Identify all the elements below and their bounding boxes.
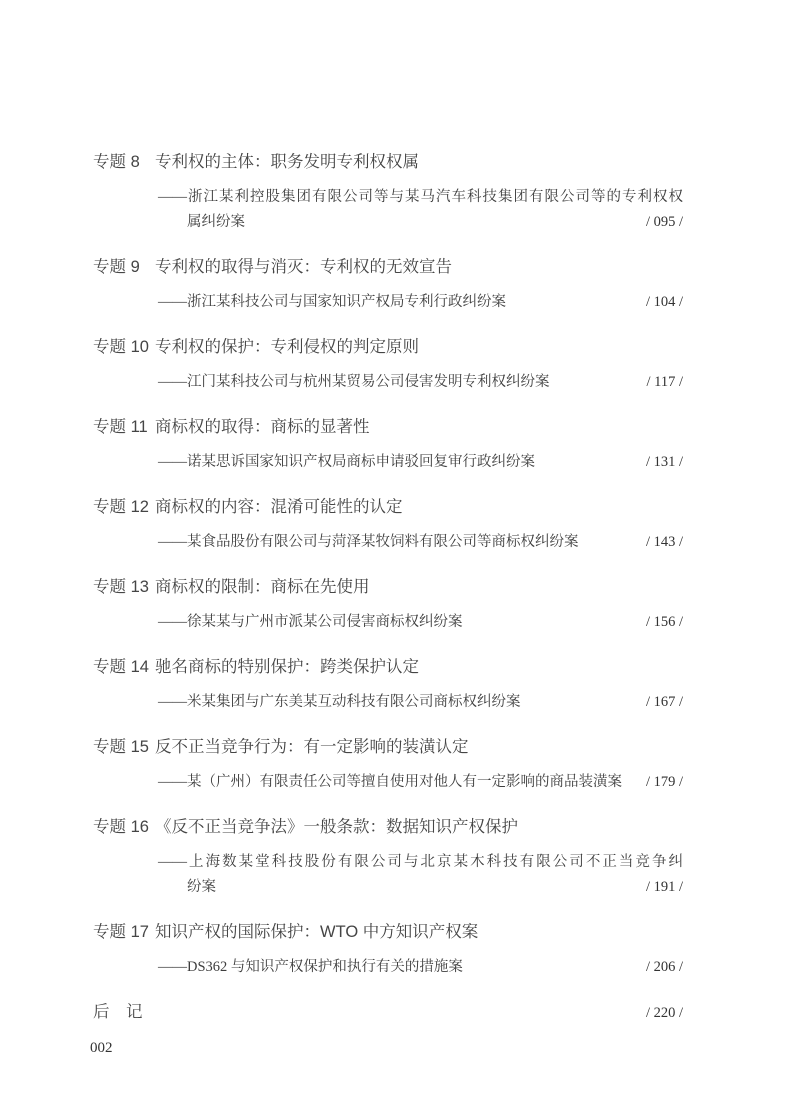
toc-entry: 专题 10 专利权的保护：专利侵权的判定原则 ——江门某科技公司与杭州某贸易公司… xyxy=(93,336,683,395)
toc-entry: 专题 15 反不正当竞争行为：有一定影响的装潢认定 ——某（广州）有限责任公司等… xyxy=(93,736,683,795)
entry-title: 商标权的限制：商标在先使用 xyxy=(155,576,683,598)
entry-case: ——诺某思诉国家知识产权局商标申请驳回复审行政纠纷案 / 131 / xyxy=(93,450,683,475)
entry-case-line: ——诺某思诉国家知识产权局商标申请驳回复审行政纠纷案 xyxy=(158,450,535,475)
entry-case-row: ——DS362 与知识产权保护和执行有关的措施案 / 206 / xyxy=(158,955,683,980)
entry-heading: 专题 8 专利权的主体：职务发明专利权权属 xyxy=(93,151,683,173)
entry-page-ref: / 191 / xyxy=(646,875,683,900)
entry-case-line: ——某（广州）有限责任公司等擅自使用对他人有一定影响的商品装潢案 xyxy=(158,770,622,795)
entry-page-ref: / 095 / xyxy=(646,210,683,235)
entry-page-ref: / 179 / xyxy=(646,770,683,795)
entry-label: 专题 16 xyxy=(93,816,155,838)
entry-heading: 专题 16 《反不正当竞争法》一般条款：数据知识产权保护 xyxy=(93,816,683,838)
entry-heading: 专题 9 专利权的取得与消灭：专利权的无效宣告 xyxy=(93,256,683,278)
entry-page-ref: / 131 / xyxy=(646,450,683,475)
afterword-page-ref: / 220 / xyxy=(646,1002,683,1024)
entry-case-row: ——某（广州）有限责任公司等擅自使用对他人有一定影响的商品装潢案 / 179 / xyxy=(158,770,683,795)
entry-title: 驰名商标的特别保护：跨类保护认定 xyxy=(155,656,683,678)
entry-heading: 专题 13 商标权的限制：商标在先使用 xyxy=(93,576,683,598)
entry-label: 专题 15 xyxy=(93,736,155,758)
afterword-row: 后 记 / 220 / xyxy=(93,1001,683,1024)
afterword-label: 后 记 xyxy=(93,1001,143,1023)
entry-page-ref: / 104 / xyxy=(646,290,683,315)
entry-label: 专题 10 xyxy=(93,336,155,358)
entry-title: 《反不正当竞争法》一般条款：数据知识产权保护 xyxy=(155,816,683,838)
toc-entry: 专题 17 知识产权的国际保护：WTO 中方知识产权案 ——DS362 与知识产… xyxy=(93,921,683,980)
entry-case-row: ——徐某某与广州市派某公司侵害商标权纠纷案 / 156 / xyxy=(158,610,683,635)
entry-case-line: ——某食品股份有限公司与菏泽某牧饲料有限公司等商标权纠纷案 xyxy=(158,530,579,555)
entry-case-line: ——DS362 与知识产权保护和执行有关的措施案 xyxy=(158,955,463,980)
entry-title: 反不正当竞争行为：有一定影响的装潢认定 xyxy=(155,736,683,758)
entry-case-row: ——诺某思诉国家知识产权局商标申请驳回复审行政纠纷案 / 131 / xyxy=(158,450,683,475)
entry-case-continuation: 纷案 xyxy=(158,875,216,900)
entry-heading: 专题 15 反不正当竞争行为：有一定影响的装潢认定 xyxy=(93,736,683,758)
entry-case-line: ——浙江某科技公司与国家知识产权局专利行政纠纷案 xyxy=(158,290,506,315)
entry-heading: 专题 11 商标权的取得：商标的显著性 xyxy=(93,416,683,438)
toc-entry: 专题 14 驰名商标的特别保护：跨类保护认定 ——米某集团与广东美某互动科技有限… xyxy=(93,656,683,715)
table-of-contents: 专题 8 专利权的主体：职务发明专利权权属 ——浙江某利控股集团有限公司等与某马… xyxy=(93,151,683,1024)
entry-case: ——DS362 与知识产权保护和执行有关的措施案 / 206 / xyxy=(93,955,683,980)
entry-case: ——浙江某科技公司与国家知识产权局专利行政纠纷案 / 104 / xyxy=(93,290,683,315)
entry-title: 商标权的内容：混淆可能性的认定 xyxy=(155,496,683,518)
book-page: 专题 8 专利权的主体：职务发明专利权权属 ——浙江某利控股集团有限公司等与某马… xyxy=(0,0,799,1114)
entry-case-row: 纷案 / 191 / xyxy=(158,875,683,900)
entry-label: 专题 17 xyxy=(93,921,155,943)
entry-label: 专题 11 xyxy=(93,416,155,438)
entry-label: 专题 12 xyxy=(93,496,155,518)
entry-title: 专利权的取得与消灭：专利权的无效宣告 xyxy=(155,256,683,278)
entry-page-ref: / 156 / xyxy=(646,610,683,635)
page-number: 002 xyxy=(90,1040,113,1057)
entry-label: 专题 14 xyxy=(93,656,155,678)
toc-entry: 专题 12 商标权的内容：混淆可能性的认定 ——某食品股份有限公司与菏泽某牧饲料… xyxy=(93,496,683,555)
entry-heading: 专题 10 专利权的保护：专利侵权的判定原则 xyxy=(93,336,683,358)
entry-case: ——某食品股份有限公司与菏泽某牧饲料有限公司等商标权纠纷案 / 143 / xyxy=(93,530,683,555)
entry-label: 专题 13 xyxy=(93,576,155,598)
entry-case: ——江门某科技公司与杭州某贸易公司侵害发明专利权纠纷案 / 117 / xyxy=(93,370,683,395)
entry-page-ref: / 117 / xyxy=(646,370,683,395)
entry-case-row: ——某食品股份有限公司与菏泽某牧饲料有限公司等商标权纠纷案 / 143 / xyxy=(158,530,683,555)
entry-title: 专利权的保护：专利侵权的判定原则 xyxy=(155,336,683,358)
entry-case-row: 属纠纷案 / 095 / xyxy=(158,210,683,235)
entry-label: 专题 8 xyxy=(93,151,155,173)
entry-title: 商标权的取得：商标的显著性 xyxy=(155,416,683,438)
entry-case: ——米某集团与广东美某互动科技有限公司商标权纠纷案 / 167 / xyxy=(93,690,683,715)
entry-page-ref: / 206 / xyxy=(646,955,683,980)
entry-case-row: ——江门某科技公司与杭州某贸易公司侵害发明专利权纠纷案 / 117 / xyxy=(158,370,683,395)
entry-title: 专利权的主体：职务发明专利权权属 xyxy=(155,151,683,173)
entry-heading: 专题 12 商标权的内容：混淆可能性的认定 xyxy=(93,496,683,518)
entry-case: ——浙江某利控股集团有限公司等与某马汽车科技集团有限公司等的专利权权 属纠纷案 … xyxy=(93,185,683,235)
entry-heading: 专题 14 驰名商标的特别保护：跨类保护认定 xyxy=(93,656,683,678)
toc-entry: 专题 8 专利权的主体：职务发明专利权权属 ——浙江某利控股集团有限公司等与某马… xyxy=(93,151,683,235)
entry-page-ref: / 167 / xyxy=(646,690,683,715)
entry-case-row: ——浙江某科技公司与国家知识产权局专利行政纠纷案 / 104 / xyxy=(158,290,683,315)
entry-case: ——徐某某与广州市派某公司侵害商标权纠纷案 / 156 / xyxy=(93,610,683,635)
entry-case-row: ——米某集团与广东美某互动科技有限公司商标权纠纷案 / 167 / xyxy=(158,690,683,715)
entry-title: 知识产权的国际保护：WTO 中方知识产权案 xyxy=(155,921,683,943)
entry-heading: 专题 17 知识产权的国际保护：WTO 中方知识产权案 xyxy=(93,921,683,943)
toc-entry: 专题 11 商标权的取得：商标的显著性 ——诺某思诉国家知识产权局商标申请驳回复… xyxy=(93,416,683,475)
toc-entry: 专题 16 《反不正当竞争法》一般条款：数据知识产权保护 ——上海数某堂科技股份… xyxy=(93,816,683,900)
entry-case-line: ——江门某科技公司与杭州某贸易公司侵害发明专利权纠纷案 xyxy=(158,370,550,395)
entry-case-line: ——上海数某堂科技股份有限公司与北京某木科技有限公司不正当竞争纠 xyxy=(158,850,683,875)
toc-entry: 专题 13 商标权的限制：商标在先使用 ——徐某某与广州市派某公司侵害商标权纠纷… xyxy=(93,576,683,635)
entry-page-ref: / 143 / xyxy=(646,530,683,555)
entry-case-continuation: 属纠纷案 xyxy=(158,210,245,235)
entry-label: 专题 9 xyxy=(93,256,155,278)
entry-case-line: ——徐某某与广州市派某公司侵害商标权纠纷案 xyxy=(158,610,463,635)
entry-case-line: ——浙江某利控股集团有限公司等与某马汽车科技集团有限公司等的专利权权 xyxy=(158,185,683,210)
entry-case-line: ——米某集团与广东美某互动科技有限公司商标权纠纷案 xyxy=(158,690,521,715)
toc-entry: 专题 9 专利权的取得与消灭：专利权的无效宣告 ——浙江某科技公司与国家知识产权… xyxy=(93,256,683,315)
entry-case: ——上海数某堂科技股份有限公司与北京某木科技有限公司不正当竞争纠 纷案 / 19… xyxy=(93,850,683,900)
entry-case: ——某（广州）有限责任公司等擅自使用对他人有一定影响的商品装潢案 / 179 / xyxy=(93,770,683,795)
